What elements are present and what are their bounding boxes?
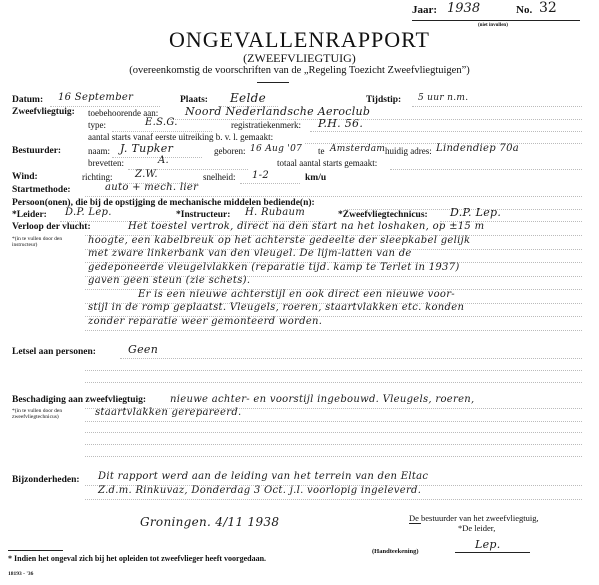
tijdstip-label: Tijdstip: (366, 95, 401, 105)
beschadiging-label: Beschadiging aan zweefvliegtuig: (12, 395, 146, 405)
title-rule (257, 82, 289, 83)
verloop-label: Verloop der vlucht: (12, 222, 91, 232)
signature-line (455, 552, 530, 553)
tijdstip-value: 5 uur n.m. (418, 93, 468, 103)
verloop-note: *(in te vullen door den instructeur) (12, 236, 74, 248)
letsel-value: Geen (128, 343, 158, 356)
technicus-value: D.P. Lep. (450, 206, 501, 219)
handwritten-line: zonder reparatie weer gemonteerd worden. (88, 316, 322, 327)
adres-label: huidig adres: (385, 146, 432, 156)
handwritten-line: Z.d.m. Rinkuvaz, Donderdag 3 Oct. j.l. v… (98, 485, 421, 496)
brevetten-value: A. (158, 155, 169, 166)
handwritten-line: staartvlakken gerepareerd. (95, 407, 242, 418)
geboorteplaats-value: Amsterdam (330, 144, 385, 154)
instructeur-value: H. Rubaum (245, 207, 305, 218)
type-value: E.S.G. (145, 117, 178, 128)
place-date: Groningen. 4/11 1938 (140, 515, 279, 529)
reg-value: P.H. 56. (318, 117, 363, 130)
type-label: type: (88, 120, 106, 130)
footnote: * Indien het ongeval zich bij het opleid… (8, 554, 266, 563)
bestuurder-label: Bestuurder: (12, 146, 61, 156)
plaats-value: Eelde (230, 91, 266, 105)
report-number: 32 (539, 0, 557, 16)
footnote-rule (8, 550, 63, 551)
naam-value: J. Tupker (120, 142, 173, 155)
leider-label: *Leider: (12, 210, 47, 220)
datum-label: Datum: (12, 95, 43, 105)
naam-label: naam: (88, 146, 110, 156)
regulation-note: (overeenkomstig de voorschriften van de … (0, 65, 599, 76)
geboren-label: geboren: (214, 146, 246, 156)
zweefvliegtuig-label: Zweefvliegtuig: (12, 107, 75, 117)
print-code: 18193 - '36 (8, 571, 33, 577)
adres-value: Lindendiep 70a (436, 143, 519, 154)
page-subtitle: (ZWEEFVLIEGTUIG) (0, 51, 599, 66)
richting-label: richting: (82, 172, 113, 182)
signature-value: Lep. (475, 538, 501, 551)
richting-value: Z.W. (135, 169, 158, 180)
beschadiging-note: *(in te vullen door den zweefvliegtechni… (12, 408, 74, 420)
datum-value: 16 September (58, 92, 133, 103)
header-rule (412, 20, 580, 21)
handwritten-line: met zware linkerbank van den vleugel. De… (88, 248, 412, 259)
te-label: te (318, 146, 325, 156)
handwritten-line: gedeponeerde vleugelvlakken (reparatie t… (88, 262, 460, 273)
leider-value: D.P. Lep. (65, 207, 112, 218)
technicus-label: *Zweefvliegtechnicus: (338, 210, 428, 220)
signer-alt: *De leider, (458, 523, 495, 533)
instructeur-label: *Instructeur: (176, 210, 230, 220)
no-label: No. (516, 4, 532, 16)
startmethode-label: Startmethode: (12, 185, 71, 195)
handwritten-line: Er is een nieuwe achterstijl en ook dire… (138, 289, 455, 300)
handwritten-line: nieuwe achter- en voorstijl ingebouwd. V… (170, 394, 475, 405)
snelheid-value: 1-2 (252, 170, 269, 181)
bijzonderheden-label: Bijzonderheden: (12, 475, 80, 485)
signer-title: De bestuurder van het zweefvliegtuig, (409, 513, 539, 523)
handtekening-label: (Handteekening) (372, 548, 419, 555)
startmethode-value: auto + mech. lier (105, 182, 198, 193)
plaats-label: Plaats: (180, 95, 208, 105)
reg-label: registratiekenmerk: (231, 120, 301, 130)
letsel-label: Letsel aan personen: (12, 347, 96, 357)
brevetten-label: brevetten: (88, 158, 124, 168)
handwritten-line: gaven geen steun (zie schets). (88, 275, 250, 286)
handwritten-line: stijl in de romp geplaatst. Vleugels, ro… (88, 302, 464, 313)
handwritten-line: hoogte, een kabelbreuk op het achterste … (88, 235, 470, 246)
handwritten-line: Het toestel vertrok, direct na den start… (128, 221, 484, 232)
snelheid-label: snelheid: (203, 172, 236, 182)
snelheid-unit: km/u (305, 173, 326, 183)
signer-underline (409, 523, 421, 524)
page-title: ONGEVALLENRAPPORT (0, 27, 599, 53)
jaar-label: Jaar: (412, 4, 437, 16)
wind-label: Wind: (12, 172, 38, 182)
geboren-value: 16 Aug '07 (250, 144, 302, 154)
totaal-starts-label: totaal aantal starts gemaakt: (277, 158, 377, 168)
starts-label: aantal starts vanaf eerste uitreiking b.… (88, 132, 273, 142)
handwritten-line: Dit rapport werd aan de leiding van het … (98, 471, 428, 482)
jaar-value: 1938 (447, 1, 480, 16)
